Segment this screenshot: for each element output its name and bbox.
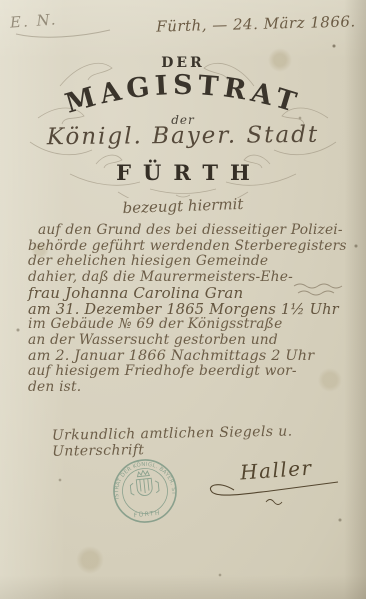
body-line: der ehelichen hiesigen Gemeinde <box>28 254 346 270</box>
body-line: am 2. Januar 1866 Nachmittags 2 Uhr <box>28 349 346 365</box>
dateline: Fürth, — 24. März 1866. <box>150 12 362 36</box>
body-line: behörde geführt werdenden Sterberegister… <box>28 239 346 255</box>
signature-flourish <box>200 468 350 510</box>
body-line: auf hiesigem Friedhofe beerdigt wor- <box>28 364 346 380</box>
letterhead-der: DER <box>0 55 366 71</box>
document-page: E. N. Fürth, — 24. März 1866. DER MAGIST… <box>0 0 366 599</box>
body-line: im Gebäude № 69 der Königsstraße <box>28 317 346 333</box>
seal-bottom-text: FÜRTH <box>134 509 162 519</box>
letterhead-fuerth: FÜRTH <box>0 160 366 185</box>
letterhead-city-line: Königl. Bayer. Stadt <box>0 121 366 150</box>
seal-coat-of-arms <box>129 469 159 497</box>
closing-formula: Urkundlich amtlichen Siegels u. Untersch… <box>52 422 366 459</box>
file-note-flourish <box>14 26 114 40</box>
interline-insertion-squiggle <box>292 281 350 297</box>
body-line: auf den Grund des bei diesseitiger Poliz… <box>28 223 346 239</box>
body-line: am 31. Dezember 1865 Morgens 1½ Uhr <box>28 302 346 318</box>
municipal-seal-stamp: MAGISTRAT DER KÖNIGL. BAYER. STADT FÜRTH <box>107 453 184 530</box>
body-line: den ist. <box>28 380 346 396</box>
body-text: auf den Grund des bei diesseitiger Poliz… <box>28 223 346 396</box>
body-line: an der Wassersucht gestorben und <box>28 333 346 349</box>
